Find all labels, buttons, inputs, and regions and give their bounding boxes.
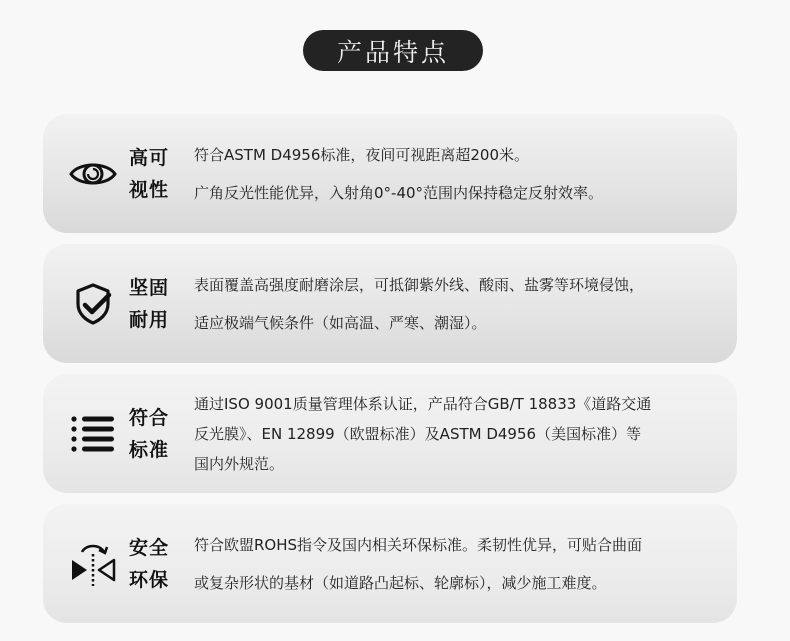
- feature-card-standards: 符合 标准 通过ISO 9001质量管理体系认证，产品符合GB/T 18833《…: [43, 374, 737, 493]
- feature-description: 符合ASTM D4956标准，夜间可视距离超200米。 广角反光性能优异，入射角…: [194, 136, 734, 212]
- flip-horizontal-icon: [67, 504, 119, 623]
- feature-card-durability: 坚固 耐用 表面覆盖高强度耐磨涂层，可抵御紫外线、酸雨、盐雾等环境侵蚀， 适应极…: [43, 244, 737, 363]
- section-title: 产品特点: [303, 30, 483, 71]
- shield-check-icon: [67, 244, 119, 363]
- feature-description: 通过ISO 9001质量管理体系认证，产品符合GB/T 18833《道路交通 反…: [194, 389, 734, 479]
- feature-description: 表面覆盖高强度耐磨涂层，可抵御紫外线、酸雨、盐雾等环境侵蚀， 适应极端气候条件（…: [194, 266, 734, 342]
- feature-card-eco: 安全 环保 符合欧盟ROHS指令及国内相关环保标准。柔韧性优异，可贴合曲面 或复…: [43, 504, 737, 623]
- feature-heading: 安全 环保: [129, 532, 175, 596]
- feature-heading: 符合 标准: [129, 402, 175, 466]
- list-icon: [67, 374, 119, 493]
- feature-description: 符合欧盟ROHS指令及国内相关环保标准。柔韧性优异，可贴合曲面 或复杂形状的基材…: [194, 526, 734, 602]
- section-title-text: 产品特点: [337, 33, 449, 69]
- feature-card-visibility: 高可 视性 符合ASTM D4956标准，夜间可视距离超200米。 广角反光性能…: [43, 114, 737, 233]
- feature-heading: 坚固 耐用: [129, 272, 175, 336]
- eye-icon: [67, 114, 119, 233]
- feature-heading: 高可 视性: [129, 142, 175, 206]
